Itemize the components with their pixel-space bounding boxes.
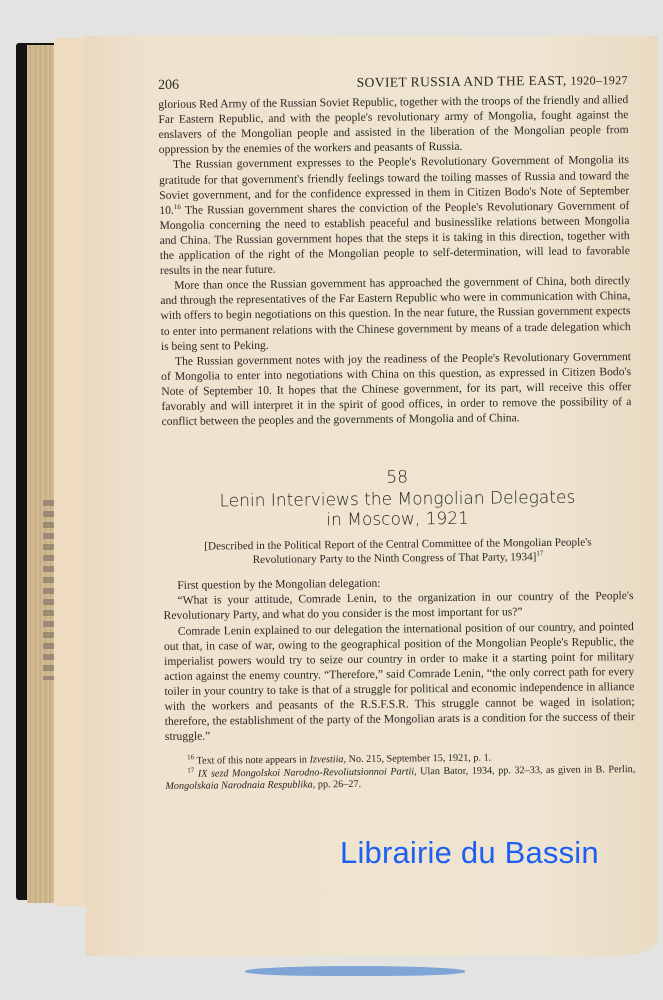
page-number: 206 (158, 78, 179, 93)
running-head-title: SOVIET RUSSIA AND THE EAST, 1920–1927 (357, 72, 628, 91)
paragraph: The Russian government notes with joy th… (161, 349, 632, 429)
paragraph: glorious Red Army of the Russian Soviet … (158, 92, 629, 157)
page-text: 206 SOVIET RUSSIA AND THE EAST, 1920–192… (158, 73, 635, 794)
paragraph: The Russian government expresses to the … (159, 153, 630, 279)
paragraph: “What is your attitude, Comrade Lenin, t… (163, 588, 633, 623)
paragraph: Comrade Lenin explained to our delegatio… (164, 619, 635, 745)
page-edges (27, 45, 57, 903)
footnotes: 16 Text of this note appears in Izvestii… (165, 751, 635, 793)
blue-stain (245, 966, 465, 976)
paragraph: More than once the Russian government ha… (160, 273, 631, 353)
footnote-ref: 17 (536, 550, 543, 558)
footnote-17: 17 IX sezd Mongolskoi Narodno-Revoliutsi… (165, 764, 635, 794)
watermark: Librairie du Bassin (340, 835, 599, 871)
document-source: [Described in the Political Report of th… (171, 535, 625, 568)
footnote-ref: 16 (174, 203, 181, 211)
document-title: Lenin Interviews the Mongolian Delegates… (162, 487, 632, 532)
document-number: 58 (162, 468, 632, 488)
